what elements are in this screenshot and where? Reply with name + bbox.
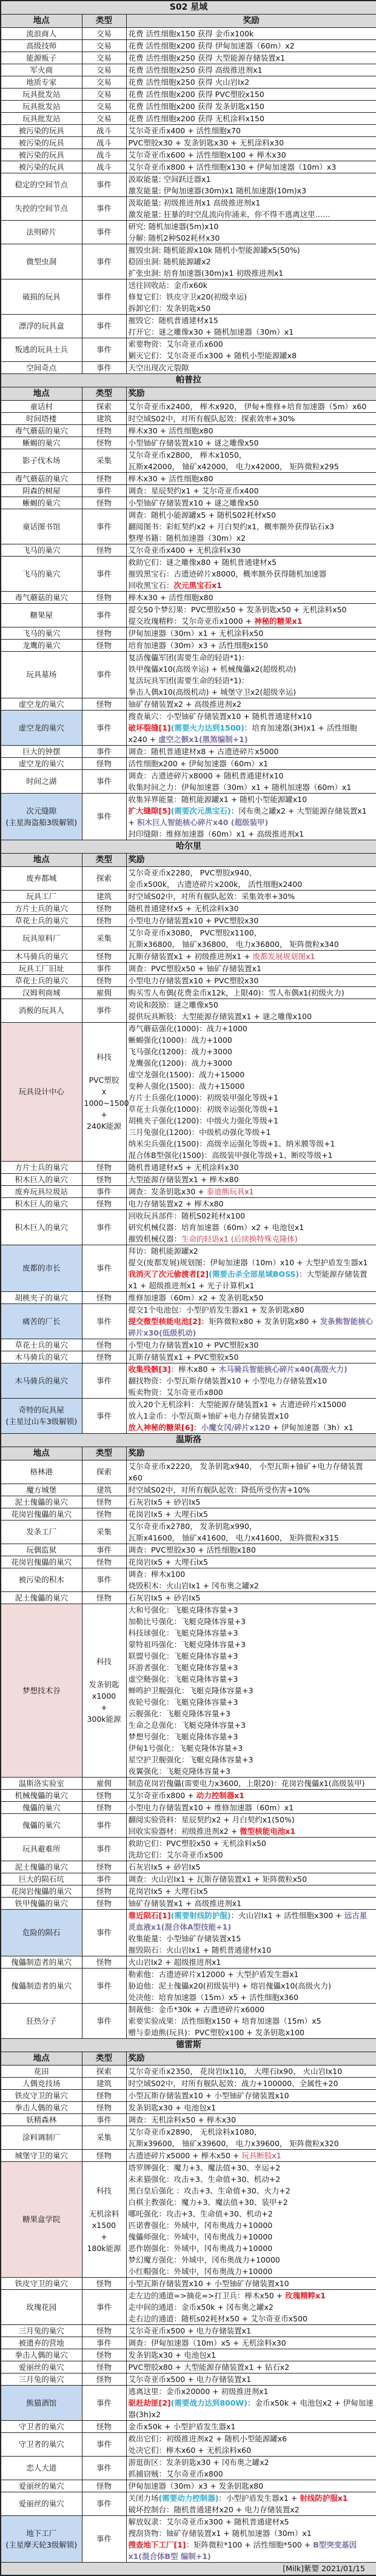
reward-text: 哪吒强化：攻击+3、生命值+30、机动+2 — [129, 2209, 273, 2218]
reward-line: 铀矿存储装置x2 + 高级推进剂x2 — [129, 698, 375, 710]
reward-text: 龙鹰强化(1200)：战力+3000 — [129, 1059, 232, 1068]
reward-line: 搜查巢穴：小型铀矿存储装置x10 + 随机普通建材x10 — [129, 711, 375, 722]
reward-line: 调查：火山岩Ⅰx1 + 瓦斯存储装置x1 + 矩阵微粒x50 — [129, 1873, 375, 1885]
type-label: 事件 — [84, 2397, 124, 2409]
type-cell: 战斗 — [82, 161, 126, 173]
reward-cell: 送往回收站：金币x60k修复它们：铁皮守卫x20(初级幸运)拆卸它们：发条钥匙x… — [126, 279, 376, 314]
reward-text: 小型铀矿存储装置x10 + 谜之雕像x50 — [129, 438, 259, 447]
highlight-text: 次元黑宝石x1 — [174, 581, 222, 590]
location-name: 爱丽丝的巢穴 — [3, 2480, 80, 2492]
reward-line: 小型电力存储装置x10 + 维修加速器（60m）x1 — [129, 1802, 375, 1813]
reward-line: 放入1金币：小型瓦斯+铀矿+电力存储装置x10 — [129, 1410, 375, 1422]
location-name: 积木巨人的巢穴 — [3, 1174, 80, 1185]
location-name: 影子伐木场 — [3, 455, 80, 466]
reward-text: 方片士兵强化(1000)：初级装甲强化等级+1 — [129, 1093, 279, 1102]
type-cell: 建筑 — [82, 412, 126, 424]
reward-line: 封印缝隙：维修加速器（60m）x1 + 高级推进剂x1 — [129, 828, 375, 840]
location-name: 妖精森林 — [3, 2114, 80, 2126]
reward-line: 夜轮号强化：飞艇克隆体容量+3 — [129, 1696, 375, 1708]
location-name: 被污染的玩具 — [3, 149, 80, 161]
type-cell: 怪物 — [82, 2349, 126, 2361]
reward-text: 艾尔奇亚币x3080， PVC塑胶x1100， — [129, 928, 262, 937]
type-cell: 探索 — [82, 400, 126, 412]
location-name: 能源贩子 — [3, 52, 80, 64]
type-cell: 事件 — [82, 962, 126, 974]
reward-line: 生命之息强化：飞艇克隆体容量+3 — [129, 1719, 375, 1731]
reward-cell: 调查：古遗迹碎片x8000 + 随机普通建材x10收集时间之力：伊甸加速器（30… — [126, 769, 376, 793]
reward-line: 游逛街区：发条钥匙x30 + 冈布奥之罐x2 — [129, 2457, 375, 2468]
reward-line: 剿灭它们：艾尔奇亚币x300 + 随机小型能源罐x8 — [129, 350, 375, 361]
location-cell: 蜥蜴的巢穴 — [1, 497, 82, 509]
location-name: 时间之湖 — [3, 775, 80, 787]
type-cell: 怪物 — [82, 591, 126, 603]
table-row: 傀儡制造者的巢穴怪物火山岩Ⅰx2 + 超级推进剂x1 — [1, 1956, 376, 1968]
reward-line: 分解: 随机2种S02耗材x30 — [129, 232, 375, 244]
location-name: 花岗岩傀儡的巢穴 — [3, 1885, 80, 1897]
reward-text: 处决他：培育加速器（15m）x5 + 活性细胞x360 — [129, 1993, 299, 2002]
reward-line: 金币x50k + 小型护盾发生器x1 — [129, 2421, 375, 2432]
location-cell: 草花士兵的巢穴 — [1, 1339, 82, 1351]
reward-line: 蒙特祖玛强化：飞艇克隆体容量+3 — [129, 1639, 375, 1650]
type-header: 类型 — [82, 14, 126, 27]
type-cell: 怪物 — [82, 1801, 126, 1813]
table-row: 破损的玩具事件送往回收站：金币x60k修复它们：铁皮守卫x20(初级幸运)拆卸它… — [1, 279, 376, 314]
type-label: 事件 — [84, 811, 124, 822]
location-cell: 巨大的陨石坑 — [1, 1873, 82, 1885]
reward-line: 翻找物资：小型瓦斯存储装置x10 + 小型电力存储装置x10 — [129, 1375, 375, 1387]
reward-cell: 艾尔奇亚币x2350， 花岗岩Ⅰx110， 大理石Ⅰx90， 火山岩Ⅰx10 — [126, 2065, 376, 2077]
reward-text: 天空出现次元裂隙 — [129, 363, 189, 372]
reward-line: 处决它们：榉木x60 + 无机涂料x60 — [129, 2444, 375, 2456]
reward-line: 小型瓦斯存储装置x10 + 小型铀矿存储装置x10 — [129, 2278, 375, 2289]
type-label: 交易 — [84, 89, 124, 100]
reward-text: 汲取能量: 初级推进剂x1 高级推进剂x1 — [129, 198, 261, 207]
type-label: 事件 — [84, 669, 124, 680]
reward-line: 梦幻魔方强化：外域中，冈布奥战力+10000 — [129, 2254, 375, 2266]
reward-line: 拜访：随机能源罐x2 — [129, 1245, 375, 1257]
reward-line: 时空域S02中，对所有舰队起效：战力+100000、全属性+20 — [129, 2078, 375, 2089]
reward-line: 提交1个电池包：小型护盾发生器x1 + 发条钥匙x80 — [129, 1304, 375, 1316]
reward-text: 梦想号强化：飞艇克隆体容量+3 — [129, 1732, 238, 1741]
type-cell: 探索 — [82, 866, 126, 890]
reward-text: 贩卖物资：艾尔奇亚币x800 — [129, 1388, 223, 1397]
reward-text: 虚空鲢强化：飞艇克隆体容量+3 — [129, 1674, 238, 1684]
table-row: 糖果盒学院科技 无机涂料x1500+180k能源塔罗牌强化：魔力+3、魔法值+3… — [1, 2161, 376, 2277]
location-name: 被遗弃的营地 — [3, 2337, 80, 2349]
table-row: 三月兔的巢穴怪物艾尔奇亚币x500 + 电力存储装置x1 — [1, 2324, 376, 2337]
reward-text: 时空域S02中，对所有舰队起效：降低所受伤害+10% — [129, 1485, 311, 1494]
reward-cell: 花岗岩Ⅰx5 + 大理石Ⅰx5 — [126, 1885, 376, 1897]
reward-line: 三月兔强化(1200)：中级机动强化等级+1 — [129, 1126, 375, 1138]
location-cell: 狂热分子 — [1, 2003, 82, 2038]
reward-cell: 提交50个梦幻果：PVC塑胶x50 + 发条钥匙x50 + 无机涂料x50提交玫… — [126, 603, 376, 627]
section-title-row: 德雷斯 — [1, 2038, 376, 2052]
reward-line: 艾尔奇亚币x2400， 榉木x920， 伊甸+维修+培育加速器（5m）x60 — [129, 401, 375, 412]
highlight-text: 驱赶劫匪[2] — [129, 2398, 171, 2407]
reward-line: 维修加速器（60m）x2 + 发条钥匙x50 — [129, 1292, 375, 1303]
location-cell: 被遗弃的营地 — [1, 2337, 82, 2349]
table-row: 守卫者的巢穴怪物金币x50k + 小型护盾发生器x1 — [1, 2420, 376, 2432]
location-name: 毒气蘑菇的巢穴 — [3, 473, 80, 484]
table-row: 地下工厂(主星摩天轮3级解锁)事件解放奴隶：艾尔奇亚币x300 + 随机普通建材… — [1, 2515, 376, 2562]
location-cell: 胡桃夹子的巢穴 — [1, 1291, 82, 1303]
reward-text: 大和号强化：飞艇克隆体容量+3 — [129, 1605, 238, 1614]
type-label: 事件 — [84, 320, 124, 332]
location-cell: 被污染的玩具 — [1, 161, 82, 173]
reward-line: 摧毁它：随机普通建材x15 — [129, 315, 375, 326]
location-name: 三月兔的巢穴 — [3, 2325, 80, 2337]
reward-line: 我消灭了次元偷渡者[2](需要击杀全部星域BOSS)：大型能源存储装置x1 + … — [129, 1268, 375, 1291]
reward-text: 走中间的通道：金币x50k + 冈布奥之罐x2 — [129, 2303, 274, 2312]
reward-text: 摧毁黑宝石：古遗迹碎片x8000，概率额外获得随机加速器 — [129, 569, 327, 578]
reward-text: 三月兔强化(1200)：中级机动强化等级+1 — [129, 1128, 271, 1137]
reward-line: 梦想号强化：飞艇克隆体容量+3 — [129, 1731, 375, 1742]
reward-line: 花费 活性细胞x200 获得 发条钥匙x150 — [129, 101, 375, 112]
location-name: 玩具工厂旧址 — [3, 963, 80, 974]
type-label: 采集 — [84, 1526, 124, 1537]
location-name: 高级技师 — [3, 40, 80, 52]
type-label: 事件 — [84, 1262, 124, 1274]
reward-cell: 发条钥匙x30 + 电池包x1 — [126, 2101, 376, 2113]
type-label: 战斗 — [84, 149, 124, 161]
table-row: 傀儡的巢穴怪物小型电力存储装置x10 + 维修加速器（60m）x1 — [1, 1801, 376, 1813]
table-row: 傀儡制造者的巢穴事件勒索他：古遗迹碎片x12000 + 大型护盾发生器x1胁迫他… — [1, 1968, 376, 2003]
location-cell: 三月兔的巢穴 — [1, 2324, 82, 2337]
reward-cell: 伊甸加速器（30m）x3 + 发条钥匙x80 — [126, 2480, 376, 2492]
type-label: 事件 — [84, 568, 124, 580]
table-row: 积木巨人的巢穴事件回收玩具部件：随机S02耗材x100研究机械仪器：培育加速器（… — [1, 1209, 376, 1245]
reward-text: 活性细胞x200 + 伊甸加速器（60m）x1 — [129, 759, 269, 768]
type-label: 怪物 — [84, 1339, 124, 1351]
table-row: 玩具原料厂采集艾尔奇亚币x3080， PVC塑胶x1100，瓦斯x36800， … — [1, 926, 376, 950]
reward-text: 分解: 随机2种S02耗材x30 — [129, 233, 220, 243]
reward-cell: 索要物资：艾尔奇亚币x600剿灭它们：艾尔奇亚币x300 + 随机小型能源罐x8 — [126, 338, 376, 361]
location-cell: 被污染的玩具 — [1, 136, 82, 149]
type-label: 事件 — [84, 2498, 124, 2509]
location-cell: 废弃都城 — [1, 866, 82, 890]
reward-line: 洗劫它们：艾尔奇亚币x500 — [129, 1849, 375, 1861]
type-cell: 怪物 — [82, 1339, 126, 1351]
table-row: 废弃都城探索艾尔奇亚币x2280， PVC塑胶x940，金币x500k， 古遗迹… — [1, 866, 376, 890]
reward-cell: 小型铀矿存储装置x10 + 谜之雕像x50 — [126, 437, 376, 449]
table-row: 方片士兵的巢穴怪物随机普通建材x5 + 无机涂料x30 — [1, 1161, 376, 1173]
table-row: 被污染的玩具战斗艾尔奇亚币x600 + 活性细胞x100 + 榉木x30 — [1, 149, 376, 161]
location-name: 玩具批发站 — [3, 113, 80, 124]
table-row: 蜥蜴的巢穴怪物小型铀矿存储装置x10 + 谜之雕像x50 — [1, 497, 376, 509]
type-label: 怪物 — [84, 1802, 124, 1813]
location-name: 时间塔楼 — [3, 413, 80, 424]
reward-text: ：小型护盾发生器x1 + — [218, 2494, 300, 2503]
reward-text: ： — [193, 1423, 201, 1432]
reward-text: 汲取能量: 空间跃迁器x1 — [129, 175, 211, 184]
reward-line: 龙鹰强化(1200)：战力+3000 — [129, 1057, 375, 1069]
type-label: 事件 — [84, 1927, 124, 1938]
location-name: 军火商 — [3, 64, 80, 76]
type-label: 怪物 — [84, 2150, 124, 2161]
location-cell: 花岗岩傀儡的巢穴 — [1, 1508, 82, 1520]
reward-text: ：榉木x80 + — [171, 1365, 219, 1374]
location-cell: 时间塔楼 — [1, 412, 82, 424]
table-row: 爱丽丝的巢穴事件关闭力场(需要动力控制器)：小型护盾发生器x1 + 射线防护服x… — [1, 2492, 376, 2515]
reward-cell: 花岗岩Ⅰx5 + 大理石Ⅰx5 — [126, 1508, 376, 1520]
reward-line: 瓦斯x42000， 铀矿x42000， 电力x42000， 矩阵微粒x295 — [129, 461, 375, 472]
location-name: 泥土傀儡的巢穴 — [3, 1861, 80, 1873]
table-row: 童话图书馆事件调查：随机小能源罐x5 + 随机S02耗材x50翻阅图书：彩虹契约… — [1, 509, 376, 544]
reward-line: 调查：古遗迹碎片x8000 + 随机普通建材x10 — [129, 770, 375, 781]
table-row: 玩具批发站交易花费 活性细胞x200 获得 PVC塑胶x150 — [1, 88, 376, 100]
reward-text: 回收实验器材：初级推进剂x2 + — [129, 1827, 240, 1836]
reward-text: 夜翼强化：飞艇克隆体容量+3 — [129, 1767, 230, 1776]
section-title-row: 帕普拉 — [1, 373, 376, 387]
reward-text: 艾尔奇亚币x2220， 发条钥匙x940， 小型瓦斯+铀矿+电力存储装置x60 — [129, 1462, 363, 1482]
table-row: 飞马的巢穴怪物伊甸加速器（30m）x1 + 无机涂料x50 — [1, 627, 376, 639]
table-row: 花岗岩傀儡的巢穴怪物花岗岩Ⅰx5 + 大理石Ⅰx5 — [1, 1508, 376, 1520]
reward-text: 索要实验成果：活性细胞x150 + 培育加速器（15m）x5 — [129, 2016, 321, 2026]
reward-text: 研究: 随机加速器(5m)x10 — [129, 222, 219, 231]
type-label: 怪物 — [84, 903, 124, 914]
location-cell: 机械傀儡的巢穴 — [1, 1789, 82, 1801]
reward-cell: 伊甸加速器（30m）x1 + 无机涂料x50 — [126, 627, 376, 639]
section-title: 哈尔里 — [1, 840, 376, 853]
table-row: 傀儡的巢穴事件翻阅实验资料：星辰契约x2 + 月白契约x1(50%)回收实验器材… — [1, 1813, 376, 1837]
location-name: 危险的陨石 — [3, 1927, 80, 1938]
table-row: 稳定的空间节点事件汲取能量: 空间跃迁器x1激发能量: 伊甸加速器(30m)x1… — [1, 173, 376, 196]
table-row: 阴森的树屋事件调查：星辰契约x1 + 艾尔奇亚币x400 — [1, 484, 376, 497]
type-cell: 怪物 — [82, 1351, 126, 1363]
reward-text: 小型电力存储装置x10 + PVC塑胶x30 — [129, 976, 259, 985]
location-cell: 废都的市长 — [1, 1245, 82, 1291]
reward-line: 古遗迹碎片x5000 + 榉木x50 + 玩具断肢x1 — [129, 2150, 375, 2161]
location-name: 童话村 — [3, 401, 80, 412]
location-cell: 玩具工厂 — [1, 890, 82, 902]
highlight-text: (需要火力达到1500) — [171, 723, 244, 732]
reward-text: 收集异界能量：随机能源罐x1 + 随机小型能源罐x10 — [129, 795, 307, 804]
highlight-text: (需要射线防护服) — [171, 1911, 231, 1920]
location-name: 发条工厂 — [3, 1526, 80, 1537]
reward-text: 榉木x30 + 活性细胞x80 — [129, 593, 213, 602]
type-cell: 建筑 — [82, 1484, 126, 1496]
table-row: 恋人大道事件游逛街区：发条钥匙x30 + 冈布奥之罐x2抓捕窃贼：艾尔奇亚币x8… — [1, 2456, 376, 2480]
location-cell: 爱丽丝的巢穴 — [1, 2480, 82, 2492]
location-cell: 方片士兵的巢穴 — [1, 902, 82, 914]
reward-text: 匹诺曹强化：外域中，冈布奥战力+10000 — [129, 2221, 273, 2230]
type-cell: 事件 — [82, 338, 126, 361]
reward-cell: 制造花岗岩傀儡(需要电力x3600，上限20)：花岗岩傀儡x1(高级装甲) — [126, 1777, 376, 1789]
type-cell: 事件 — [82, 1209, 126, 1245]
reward-header: 奖励 — [126, 387, 376, 400]
location-cell: 温斯洛实验室 — [1, 1777, 82, 1789]
location-name: 机械傀儡的巢穴 — [3, 1790, 80, 1801]
reward-text: 走左边的通道=>摘花=>打卫兵：榉木x50 + — [129, 2291, 286, 2300]
reward-line: 修复它们：铁皮守卫x20(初级幸运) — [129, 291, 375, 303]
location-cell: 糖果盒学院 — [1, 2161, 82, 2277]
reward-cell: 瓦斯存储装置x1 + 初级推进剂x1 + 废都发展规划图x1 — [126, 950, 376, 962]
location-cell: 积木巨人的巢穴 — [1, 1209, 82, 1245]
reward-line: PVC塑胶x80 + 大型能源存储装置x1 + 钻石x2 — [129, 2361, 375, 2373]
reward-text: 加勒比号强化：飞艇克隆体容量+3 — [129, 1617, 246, 1626]
type-label: 无机涂料 — [84, 2208, 124, 2220]
table-row: 地质专家交易花费 活性细胞x250 获得 火山岩Ⅰx2 — [1, 76, 376, 88]
table-row: 被污染的玩具战斗艾尔奇亚币x400 + 活性细胞x70 — [1, 124, 376, 136]
reward-line: 花费 活性细胞x250 获得 大型能源存储装置x1 — [129, 52, 375, 64]
reward-line: 石灰岩Ⅰx5 + 砂岩Ⅰx5 — [129, 1496, 375, 1508]
location-cell: 铁皮守卫的巢穴 — [1, 2089, 82, 2101]
location-cell: 虚空龙的巢穴 — [1, 710, 82, 745]
reward-text: 榉木x30 + 活性细胞x80 — [129, 474, 213, 483]
reward-line: 激发能量: 伊甸加速器(30m)x1 随机加速器(10m)x3 — [129, 185, 375, 196]
reward-text: 时空域S02中，对所有舰队起效：战力+100000、全属性+20 — [129, 2079, 338, 2088]
type-cell: 事件 — [82, 710, 126, 745]
reward-text: 剿灭它们：艾尔奇亚币x300 + 随机小型能源罐x8 — [129, 351, 297, 360]
reward-cell: 艾尔奇亚币x2780， 发条钥匙x990，瓦斯x41600， 铀矿x41600，… — [126, 1520, 376, 1544]
table-row: 失控的空间节点事件汲取能量: 初级推进剂x1 高级推进剂x1激发能量: 狂暴的时… — [1, 196, 376, 220]
reward-text: 提交50个梦幻果：PVC塑胶x50 + 发条钥匙x50 + 无机涂料x50 — [129, 605, 347, 614]
location-cell: 涂料调制厂 — [1, 2126, 82, 2149]
reward-text: 发条钥匙x30 + 电池包x1 — [129, 2103, 217, 2112]
reward-text: 回收玩具部件：随机S02耗材x100 — [129, 1211, 246, 1220]
location-cell: 童话图书馆 — [1, 509, 82, 544]
reward-line: 大和号强化：飞艇克隆体容量+3 — [129, 1604, 375, 1616]
reward-cell: 逃离这里：金币x20000 + 初级推进剂x1驱赶劫匪[2](需要战力达到800… — [126, 2385, 376, 2420]
location-cell: 玩具批发站 — [1, 88, 82, 100]
type-cell: 怪物 — [82, 1161, 126, 1173]
type-label: 战斗 — [84, 161, 124, 173]
type-cell: 怪物 — [82, 2149, 126, 2161]
reward-cell: 金币x50k + 小型护盾发生器x1 — [126, 2420, 376, 2432]
location-cell: 拳击人偶的巢穴 — [1, 2101, 82, 2113]
type-header: 类型 — [82, 2052, 126, 2065]
reward-text: 艾尔奇亚币x800 + 活性细胞x130 + 伊甸加速器（10m）x3 — [129, 162, 337, 172]
type-cell: 事件 — [82, 603, 126, 627]
reward-cell: 勒索他：古遗迹碎片x12000 + 大型护盾发生器x1胁迫他：泥土傀儡x20(初… — [126, 1968, 376, 2003]
reward-line: 勒索他：古遗迹碎片x12000 + 大型护盾发生器x1 — [129, 1969, 375, 1980]
type-label: 事件 — [84, 1222, 124, 1233]
reward-line: 艾尔奇亚币x2800， 榉木x1050， — [129, 449, 375, 461]
reward-line: 恶作剧强化：外域中，冈布奥战力+10000 — [129, 2243, 375, 2254]
location-name: 虚空龙的巢穴 — [3, 722, 80, 734]
type-cell: 怪物 — [82, 2101, 126, 2113]
type-label: 怪物 — [84, 2090, 124, 2101]
reward-line: 胡桃夹子强化(1200)：中级火力强化等级+1 — [129, 1115, 375, 1126]
location-cell: 破损的玩具 — [1, 279, 82, 314]
reward-text: 石灰岩Ⅰx5 + 砂岩Ⅰx5 — [129, 1593, 201, 1602]
location-name: 玩具避难所 — [3, 1843, 80, 1855]
reward-text: 梦幻魔方强化：外域中，冈布奥战力+10000 — [129, 2255, 280, 2264]
reward-text: 铁甲傀儡x10(高级幸运) + 机械傀儡x2(超级机动) — [129, 664, 297, 674]
reward-cell: 花岗岩Ⅰx5 + 大理石Ⅰx5 — [126, 1556, 376, 1568]
location-name: (主星海盗船3级解锁) — [3, 817, 80, 828]
table-row: 熊猫酒馆事件逃离这里：金币x20000 + 初级推进剂x1驱赶劫匪[2](需要战… — [1, 2385, 376, 2420]
reward-text: 制裁他：金币*30k + 古遗迹碎片x6000 — [129, 2005, 265, 2014]
reward-cell: 小型铀矿存储装置x10 + 谜之雕像x50 — [126, 497, 376, 509]
location-name: 涂料调制厂 — [3, 2132, 80, 2143]
location-cell: 积木巨人的巢穴 — [1, 1173, 82, 1185]
location-name: 漂浮的玩具盒 — [3, 320, 80, 332]
type-label: 事件 — [84, 1819, 124, 1831]
type-cell: 事件 — [82, 173, 126, 196]
table-row: 巨大的陨石坑事件调查：火山岩Ⅰx1 + 瓦斯存储装置x1 + 矩阵微粒x50 — [1, 1873, 376, 1885]
reward-cell: 复活傀儡军团(需要生命的轻语*1)：铁甲傀儡x10(高级幸运) + 机械傀儡x2… — [126, 651, 376, 698]
reward-text: 游逛街区：发条钥匙x30 + 冈布奥之罐x2 — [129, 2458, 269, 2467]
reward-text: 小型电力存储装置x10 + PVC塑胶x30 — [129, 1340, 259, 1350]
reward-line: 走中间的通道：金币x50k + 冈布奥之罐x2 — [129, 2301, 375, 2313]
highlight-text: 小魔女冈/碎片x120 — [201, 1423, 270, 1432]
reward-text: 复活玩具军团(需要生命的轻语*1)： — [129, 676, 249, 685]
reward-line: 艾尔奇亚币x3080， PVC塑胶x1100， — [129, 927, 375, 938]
reward-cell: 艾尔奇亚币x600 + 活性细胞x100 + 榉木x30 — [126, 149, 376, 161]
reward-text: 艾尔奇亚币x600 + 活性细胞x100 + 榉木x30 — [129, 150, 286, 159]
type-label: 事件 — [84, 1843, 124, 1855]
type-label: x — [84, 1086, 124, 1097]
type-cell: 交易 — [82, 100, 126, 112]
location-cell: 飞马的巢穴 — [1, 556, 82, 591]
reward-cell: 艾尔奇亚币x400 + 活性细胞x70 — [126, 124, 376, 136]
type-label: x1000 — [84, 1690, 124, 1702]
type-label: 事件 — [84, 609, 124, 621]
location-name: 泥土傀儡的巢穴 — [3, 1496, 80, 1508]
reward-line: 联盟号强化：飞艇克隆体容量+3 — [129, 1650, 375, 1662]
type-label: 怪物 — [84, 2325, 124, 2337]
reward-text: + 伊甸加速器（3h）x1 — [270, 1423, 353, 1432]
reward-cell: 制裁他：金币*30k + 古遗迹碎片x6000索要实验成果：活性细胞x150 +… — [126, 2003, 376, 2038]
type-label: 事件 — [84, 1873, 124, 1885]
type-label: 事件 — [84, 1410, 124, 1422]
type-cell: 怪物 — [82, 1885, 126, 1897]
highlight-text: 生命的轻语x1 (后续换特殊克隆体) — [181, 1234, 298, 1243]
reward-line: 花费 活性细胞x200 获得 伊甸加速器（60m）x2 — [129, 40, 375, 52]
reward-cell: 随机普通建材x5 + 无机涂料x30 — [126, 902, 376, 914]
type-cell: 怪物 — [82, 1956, 126, 1968]
reward-line: 榉木x30 + 活性细胞x80 — [129, 425, 375, 437]
type-cell: 怪物 — [82, 974, 126, 986]
location-name: 城堡守卫的巢穴 — [3, 2150, 80, 2161]
reward-line: 调查：发条钥匙x30 + 泰迪熊玩具x1 — [129, 1186, 375, 1197]
reward-line: 塔罗牌强化：魔力+3、魔法值+30、幸运+2 — [129, 2162, 375, 2173]
type-cell: 交易 — [82, 76, 126, 88]
reward-line: 虚空龙强化(1500)：战力+15000 — [129, 1069, 375, 1080]
type-label: 怪物 — [84, 2421, 124, 2432]
reward-line: 伊甸加速器（30m）x3 + 发条钥匙x80 — [129, 2480, 375, 2492]
location-name: 人偶竞技场 — [3, 2078, 80, 2089]
reward-text: 索要物资：艾尔奇亚币x600 — [129, 340, 223, 349]
type-cell: 事件 — [82, 244, 126, 279]
reward-cell: 花费 活性细胞x200 获得 无机涂料x150 — [126, 112, 376, 124]
type-label: 事件 — [84, 775, 124, 787]
location-name: 汉姆利商城 — [3, 987, 80, 999]
location-cell: 草花士兵的巢穴 — [1, 974, 82, 986]
type-header: 类型 — [82, 853, 126, 866]
type-cell: 采集 — [82, 2126, 126, 2149]
reward-cell: 时空域S02中，对所有舰队起效：采集效率+30% — [126, 890, 376, 902]
location-cell: 痛苦的厂长 — [1, 1303, 82, 1339]
reward-cell: 铀矿存储装置x1 + 高级推进剂x1 — [126, 1897, 376, 1909]
reward-line: 研究机械仪器：培育加速器（60m）x2 + 电池包x1 — [129, 1222, 375, 1233]
section-title: 帕普拉 — [1, 373, 376, 387]
location-cell: 童话村 — [1, 400, 82, 412]
reward-line: 艾尔奇亚币x500 + 电力存储装置x1 — [129, 2374, 375, 2385]
type-cell: 雇佣 — [82, 986, 126, 999]
reward-text: 艾尔奇亚币x2350， 花岗岩Ⅰx110， 大理石Ⅰx90， 火山岩Ⅰx10 — [129, 2067, 343, 2076]
reward-text: 复活傀儡军团(需要生命的轻语*1)： — [129, 653, 249, 662]
reward-text: 恶作剧强化：外域中，冈布奥战力+10000 — [129, 2244, 273, 2253]
type-label: 战斗 — [84, 137, 124, 149]
type-cell: 怪物 — [82, 1861, 126, 1873]
type-cell: 事件 — [82, 361, 126, 373]
type-cell: 怪物 — [82, 902, 126, 914]
reward-text: 收集时间之力：伊甸加速器（30m）x1 + 随机加速器（60m）x1 — [129, 783, 352, 792]
reward-line: 黑白皇后强化 ：攻击+3、生命值+30、火力+2 — [129, 2185, 375, 2196]
reward-text: 艾尔奇亚币x2400， 榉木x920， 伊甸+维修+培育加速器（5m）x60 — [129, 402, 367, 411]
